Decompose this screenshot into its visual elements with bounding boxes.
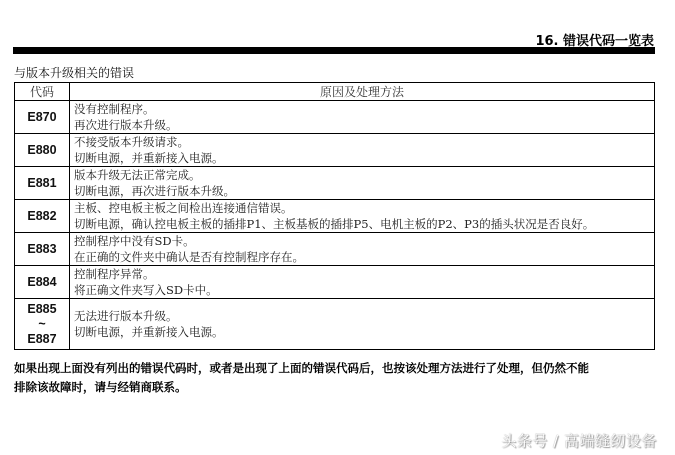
error-description: 不接受版本升级请求。 切断电源，并重新接入电源。 — [70, 134, 655, 167]
error-cause: 控制程序中没有SD卡。 — [74, 233, 654, 249]
error-code: E883 — [15, 233, 70, 266]
column-header-cause-remedy: 原因及处理方法 — [70, 83, 655, 101]
error-description: 无法进行版本升级。 切断电源，并重新接入电源。 — [70, 299, 655, 350]
error-remedy: 切断电源，并重新接入电源。 — [74, 150, 654, 166]
error-remedy: 切断电源，确认控电板主板的插排P1、主板基板的插排P5、电机主板的P2、P3的插… — [74, 216, 654, 232]
table-row: E883 控制程序中没有SD卡。 在正确的文件夹中确认是否有控制程序存在。 — [15, 233, 655, 266]
error-code: E870 — [15, 101, 70, 134]
error-description: 版本升级无法正常完成。 切断电源，再次进行版本升级。 — [70, 167, 655, 200]
error-cause: 没有控制程序。 — [74, 101, 654, 117]
error-code: E884 — [15, 266, 70, 299]
table-row: E882 主板、控电板主板之间检出连接通信错误。 切断电源，确认控电板主板的插排… — [15, 200, 655, 233]
error-code: E880 — [15, 134, 70, 167]
error-code: E881 — [15, 167, 70, 200]
error-cause: 不接受版本升级请求。 — [74, 134, 654, 150]
table-row: E884 控制程序异常。 将正确文件夹写入SD卡中。 — [15, 266, 655, 299]
range-separator: ~ — [15, 317, 69, 332]
table-row: E880 不接受版本升级请求。 切断电源，并重新接入电源。 — [15, 134, 655, 167]
footer-note-line: 如果出现上面没有列出的错误代码时，或者是出现了上面的错误代码后，也按该处理方法进… — [14, 359, 664, 378]
error-description: 控制程序中没有SD卡。 在正确的文件夹中确认是否有控制程序存在。 — [70, 233, 655, 266]
title-divider-bar — [13, 47, 655, 54]
error-cause: 控制程序异常。 — [74, 266, 654, 282]
error-description: 主板、控电板主板之间检出连接通信错误。 切断电源，确认控电板主板的插排P1、主板… — [70, 200, 655, 233]
footer-note: 如果出现上面没有列出的错误代码时，或者是出现了上面的错误代码后，也按该处理方法进… — [14, 359, 664, 397]
error-code-table: 代码 原因及处理方法 E870 没有控制程序。 再次进行版本升级。 E880 不… — [14, 82, 655, 350]
footer-note-line: 排除该故障时，请与经销商联系。 — [14, 378, 664, 397]
error-code-range: E885 ~ E887 — [15, 299, 70, 350]
error-code-from: E885 — [15, 302, 69, 317]
error-cause: 主板、控电板主板之间检出连接通信错误。 — [74, 200, 654, 216]
section-title: 与版本升级相关的错误 — [14, 64, 134, 81]
error-remedy: 在正确的文件夹中确认是否有控制程序存在。 — [74, 249, 654, 265]
error-description: 控制程序异常。 将正确文件夹写入SD卡中。 — [70, 266, 655, 299]
watermark: 头条号 / 高端缝纫设备 — [501, 430, 657, 451]
error-description: 没有控制程序。 再次进行版本升级。 — [70, 101, 655, 134]
table-row: E885 ~ E887 无法进行版本升级。 切断电源，并重新接入电源。 — [15, 299, 655, 350]
table-row: E881 版本升级无法正常完成。 切断电源，再次进行版本升级。 — [15, 167, 655, 200]
column-header-code: 代码 — [15, 83, 70, 101]
table-row: E870 没有控制程序。 再次进行版本升级。 — [15, 101, 655, 134]
error-remedy: 切断电源，并重新接入电源。 — [74, 324, 654, 340]
error-remedy: 将正确文件夹写入SD卡中。 — [74, 282, 654, 298]
error-cause: 版本升级无法正常完成。 — [74, 167, 654, 183]
error-code: E882 — [15, 200, 70, 233]
error-remedy: 切断电源，再次进行版本升级。 — [74, 183, 654, 199]
error-code-to: E887 — [15, 332, 69, 347]
error-cause: 无法进行版本升级。 — [74, 308, 654, 324]
error-remedy: 再次进行版本升级。 — [74, 117, 654, 133]
table-header-row: 代码 原因及处理方法 — [15, 83, 655, 101]
